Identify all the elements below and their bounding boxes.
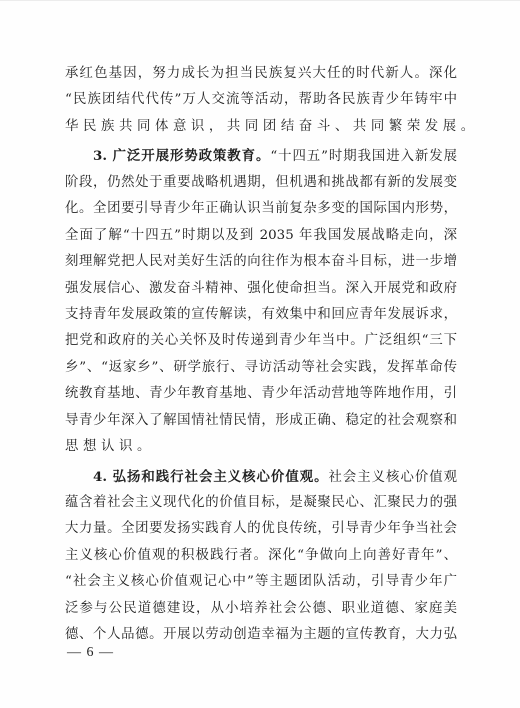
text-line: 全面了解“十四五”时期以及到 2035 年我国发展战略走向，深: [65, 223, 457, 249]
section-heading-3: 3. 广泛开展形势政策教育。: [93, 148, 270, 164]
paragraph-item-3: 3. 广泛开展形势政策教育。“十四五”时期我国进入新发展 阶段，仍然处于重要战略…: [65, 143, 457, 460]
text-line: 蕴含着社会主义现代化的价值目标，是凝聚民心、汇聚民力的强: [65, 490, 457, 516]
text-line: 承红色基因，努力成长为担当民族复兴大任的时代新人。深化: [65, 61, 457, 87]
text-line: 大力量。全团要发扬实践育人的优良传统，引导青少年争当社会: [65, 516, 457, 542]
text-line: 泛参与公民道德建设，从小培养社会公德、职业道德、家庭美: [65, 596, 457, 622]
text-line: “社会主义核心价值观记心中”等主题团队活动，引导青少年广: [65, 569, 457, 595]
body-text: 承红色基因，努力成长为担当民族复兴大任的时代新人。深化 “民族团结代代传”万人交…: [65, 61, 457, 649]
text-line: 导青少年深入了解国情社情民情，形成正确、稳定的社会观察和: [65, 408, 457, 434]
text-line: “民族团结代代传”万人交流等活动，帮助各民族青少年铸牢中: [65, 87, 457, 113]
text-span: “十四五”时期我国进入新发展: [270, 149, 457, 164]
text-line: 化。全团要引导青少年正确认识当前复杂多变的国际国内形势，: [65, 196, 457, 222]
text-line: 支持青年发展政策的宣传解读，有效集中和回应青年发展诉求，: [65, 302, 457, 328]
text-line: 统教育基地、青少年教育基地、青少年活动营地等阵地作用，引: [65, 381, 457, 407]
text-line: 思想认识。: [65, 434, 457, 460]
section-heading-4: 4. 弘扬和践行社会主义核心价值观。: [93, 469, 329, 485]
paragraph-item-4: 4. 弘扬和践行社会主义核心价值观。社会主义核心价值观 蕴含着社会主义现代化的价…: [65, 464, 457, 649]
text-line: 华民族共同体意识，共同团结奋斗、共同繁荣发展。: [65, 114, 457, 140]
text-line: 3. 广泛开展形势政策教育。“十四五”时期我国进入新发展: [65, 143, 457, 169]
text-line: 阶段，仍然处于重要战略机遇期，但机遇和挑战都有新的发展变: [65, 170, 457, 196]
text-line: 把党和政府的关心关怀及时传递到青少年当中。广泛组织“三下: [65, 328, 457, 354]
text-line: 德、个人品德。开展以劳动创造幸福为主题的宣传教育，大力弘: [65, 622, 457, 648]
text-line: 刻理解党把人民对美好生活的向往作为根本奋斗目标，进一步增: [65, 249, 457, 275]
text-line: 强发展信心、激发奋斗精神、强化使命担当。深入开展党和政府: [65, 276, 457, 302]
text-line: 主义核心价值观的积极践行者。深化“争做向上向善好青年”、: [65, 543, 457, 569]
text-line: 4. 弘扬和践行社会主义核心价值观。社会主义核心价值观: [65, 464, 457, 490]
document-page: 承红色基因，努力成长为担当民族复兴大任的时代新人。深化 “民族团结代代传”万人交…: [0, 0, 520, 708]
text-span: 社会主义核心价值观: [329, 470, 458, 485]
text-line: 乡”、“返家乡”、研学旅行、寻访活动等社会实践，发挥革命传: [65, 355, 457, 381]
paragraph-continuation: 承红色基因，努力成长为担当民族复兴大任的时代新人。深化 “民族团结代代传”万人交…: [65, 61, 457, 140]
page-number: — 6 —: [67, 645, 114, 661]
